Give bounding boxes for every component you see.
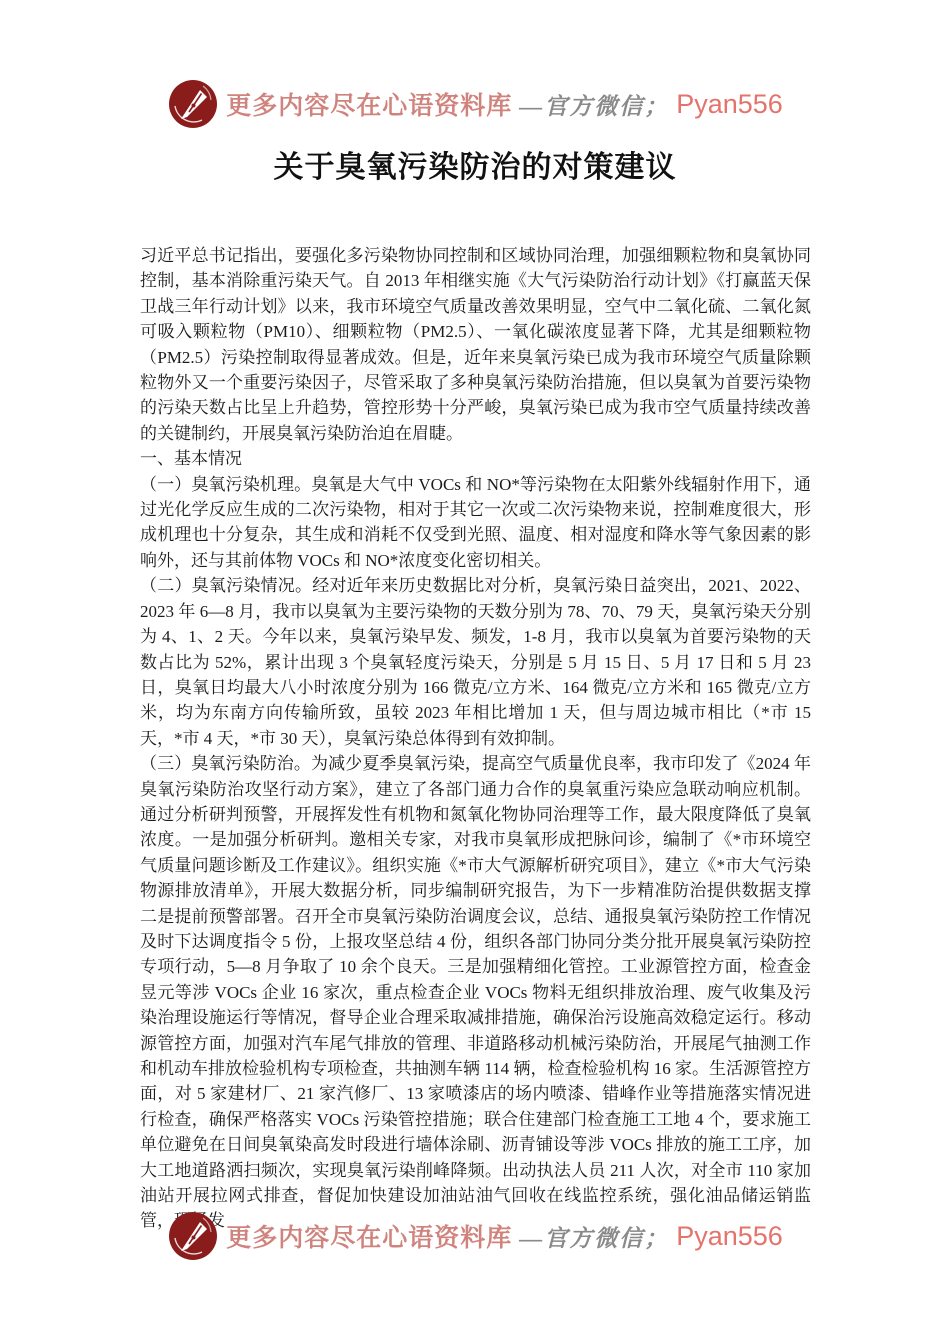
- watermark-site-text: 更多内容尽在心语资料库: [226, 86, 512, 122]
- document-page: 更多内容尽在心语资料库—官方微信；Pyan556 关于臭氧污染防治的对策建议 习…: [0, 0, 950, 1344]
- heading-basic-situation: 一、基本情况: [140, 446, 811, 471]
- header-watermark: 更多内容尽在心语资料库—官方微信；Pyan556: [0, 76, 950, 132]
- pen-seal-icon: [167, 78, 219, 130]
- paragraph-ozone-prevention: （三）臭氧污染防治。为减少夏季臭氧污染，提高空气质量优良率，我市印发了《2024…: [140, 751, 811, 1234]
- paragraph-intro: 习近平总书记指出，要强化多污染物协同控制和区域协同治理，加强细颗粒物和臭氧协同控…: [140, 243, 811, 446]
- paragraph-ozone-mechanism: （一）臭氧污染机理。臭氧是大气中 VOCs 和 NO*等污染物在太阳紫外线辐射作…: [140, 472, 811, 574]
- watermark-site-text: 更多内容尽在心语资料库: [226, 1218, 512, 1254]
- document-title: 关于臭氧污染防治的对策建议: [0, 142, 950, 186]
- watermark-wechat-id: Pyan556: [676, 89, 783, 120]
- watermark-wechat-label: —官方微信；: [519, 88, 669, 121]
- footer-watermark: 更多内容尽在心语资料库—官方微信；Pyan556: [0, 1208, 950, 1264]
- pen-seal-icon: [167, 1210, 219, 1262]
- watermark-wechat-label: —官方微信；: [519, 1220, 669, 1253]
- watermark-wechat-id: Pyan556: [676, 1221, 783, 1252]
- document-body: 习近平总书记指出，要强化多污染物协同控制和区域协同治理，加强细颗粒物和臭氧协同控…: [140, 243, 811, 1234]
- paragraph-ozone-situation: （二）臭氧污染情况。经对近年来历史数据比对分析，臭氧污染日益突出，2021、20…: [140, 573, 811, 751]
